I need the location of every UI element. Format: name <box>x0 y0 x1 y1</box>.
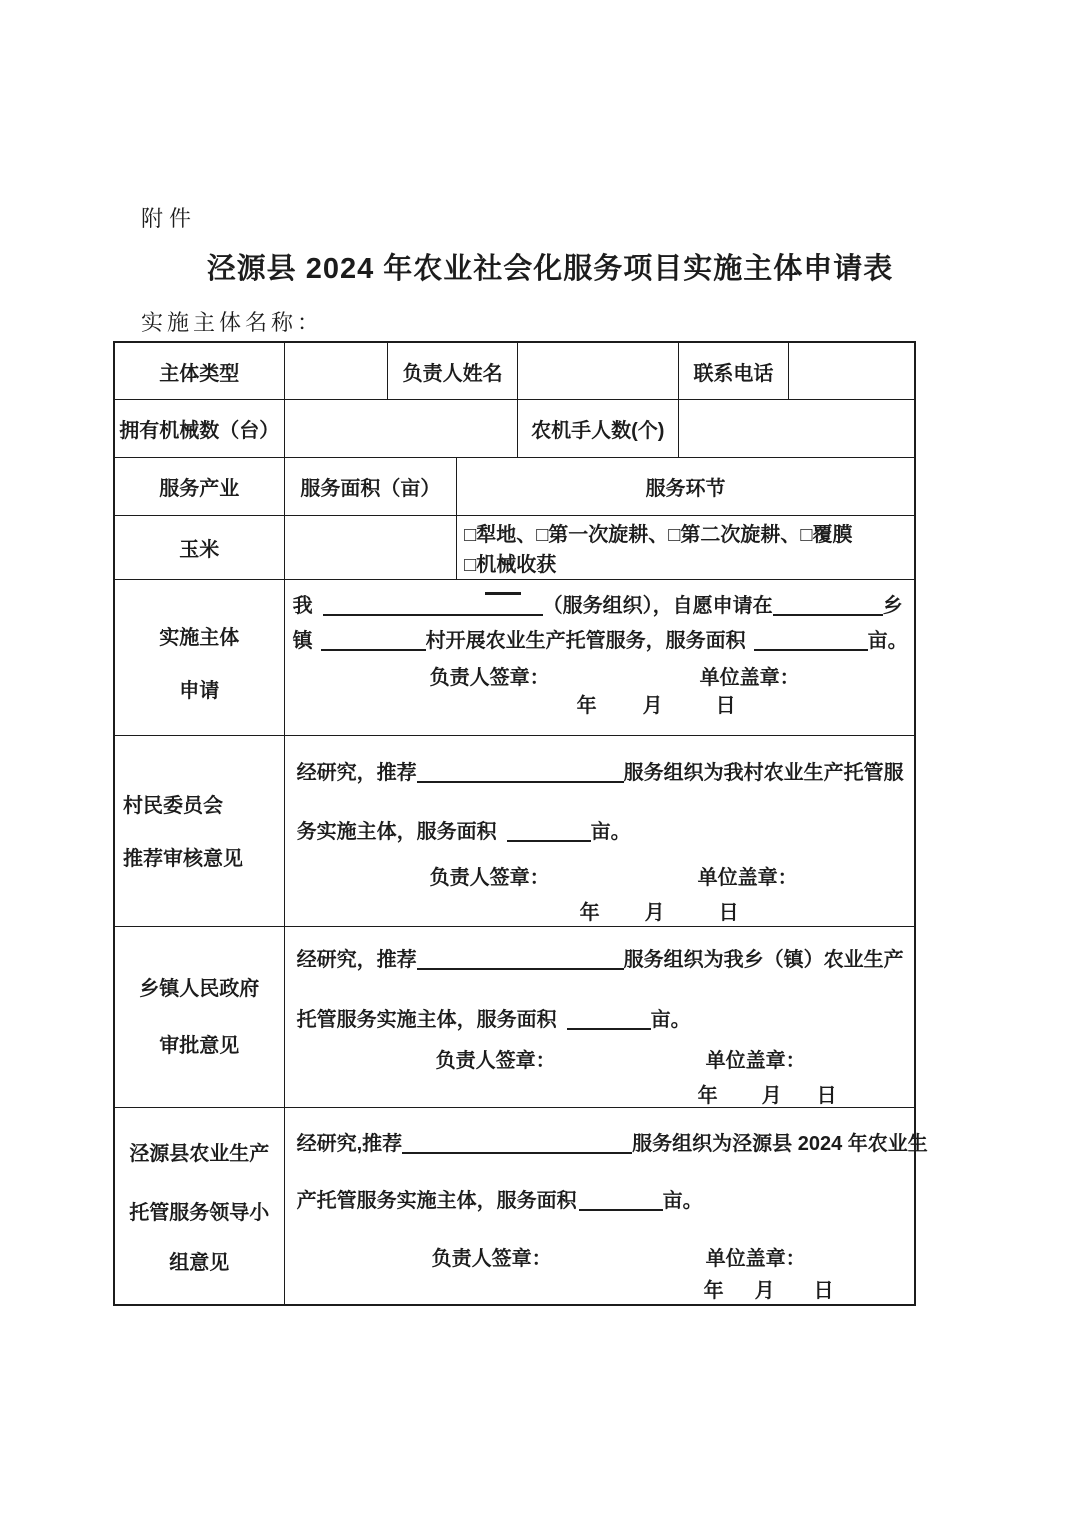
subject-name-label: 实施主体名称： <box>141 306 323 337</box>
service-industry-label: 服务产业 <box>115 458 284 515</box>
blank-underline <box>321 631 426 651</box>
blank-underline <box>507 822 591 842</box>
seal-label: 单位盖章： <box>700 665 800 691</box>
village-label-line2: 推荐审核意见 <box>115 846 284 872</box>
blank-underline <box>323 596 543 616</box>
machine-count-label: 拥有机械数（台） <box>115 400 284 457</box>
document-page: 附件 泾源县 2024 年农业社会化服务项目实施主体申请表 实施主体名称： 主体… <box>0 0 1074 1520</box>
blank-underline <box>402 1134 632 1154</box>
village-content-cell: 经研究，推荐服务组织为我村农业生产托管服 务实施主体，服务面积亩。 负责人签章：… <box>284 736 914 926</box>
date-day-label: 日 <box>719 900 739 926</box>
date-month-label: 月 <box>762 1083 782 1109</box>
text-segment: 亩。 <box>591 821 631 843</box>
crop-name: 玉米 <box>115 516 284 579</box>
township-text-line1: 经研究，推荐服务组织为我乡（镇）农业生产 <box>297 947 904 973</box>
application-label-line2: 申请 <box>115 678 284 704</box>
text-segment: 经研究，推荐 <box>297 949 417 971</box>
text-segment: 托管服务实施主体，服务面积 <box>297 1009 557 1031</box>
date-year-label: 年 <box>698 1083 718 1109</box>
row-service-header: 服务产业 服务面积（亩） 服务环节 <box>115 457 914 515</box>
county-label-cell: 泾源县农业生产 托管服务领导小 组意见 <box>115 1108 284 1304</box>
date-day-label: 日 <box>817 1083 837 1109</box>
township-label-line1: 乡镇人民政府 <box>115 976 284 1002</box>
date-month-label: 月 <box>645 900 665 926</box>
signer-label: 负责人签章： <box>432 1246 552 1272</box>
application-form-table: 主体类型 负责人姓名 联系电话 拥有机械数（台） 农机手人数(个) 服务产业 服… <box>113 341 916 1306</box>
date-day-label: 日 <box>716 693 736 719</box>
text-segment: 亩。 <box>651 1009 691 1031</box>
signer-label: 负责人签章： <box>436 1048 556 1074</box>
application-label-cell: 实施主体 申请 <box>115 580 284 735</box>
text-segment: 亩。 <box>663 1190 703 1212</box>
service-links-label: 服务环节 <box>456 458 914 515</box>
application-label-line1: 实施主体 <box>115 625 284 651</box>
text-segment: 我 <box>293 595 313 617</box>
county-content-cell: 经研究,推荐服务组织为泾源县 2024 年农业生 产托管服务实施主体，服务面积亩… <box>284 1108 914 1304</box>
phone-label: 联系电话 <box>678 343 789 399</box>
blank-underline <box>417 950 624 970</box>
text-segment: 经研究,推荐 <box>297 1133 403 1155</box>
blank-underline <box>754 631 868 651</box>
application-text-line2: 镇村开展农业生产托管服务，服务面积亩。 <box>293 628 908 654</box>
service-area-label: 服务面积（亩） <box>284 458 457 515</box>
service-links-options: □犁地、□第一次旋耕、□第二次旋耕、□覆膜 □机械收获 <box>456 516 914 579</box>
date-year-label: 年 <box>704 1278 724 1304</box>
date-month-label: 月 <box>755 1278 775 1304</box>
blank-underline <box>773 596 883 616</box>
village-label-cell: 村民委员会 推荐审核意见 <box>115 736 284 926</box>
date-year-label: 年 <box>580 900 600 926</box>
township-content-cell: 经研究，推荐服务组织为我乡（镇）农业生产 托管服务实施主体，服务面积亩。 负责人… <box>284 927 914 1107</box>
row-township-government: 乡镇人民政府 审批意见 经研究，推荐服务组织为我乡（镇）农业生产 托管服务实施主… <box>115 926 914 1107</box>
county-text-line1: 经研究,推荐服务组织为泾源县 2024 年农业生 <box>297 1131 928 1157</box>
text-segment: （服务组织），自愿申请在 <box>543 595 773 617</box>
date-year-label: 年 <box>577 693 597 719</box>
blank-underline <box>579 1191 663 1211</box>
village-label-line1: 村民委员会 <box>115 793 284 819</box>
date-day-label: 日 <box>814 1278 834 1304</box>
row-machinery: 拥有机械数（台） 农机手人数(个) <box>115 399 914 457</box>
signer-label: 负责人签章： <box>430 665 550 691</box>
row-application: 实施主体 申请 我（服务组织），自愿申请在乡 镇村开展农业生产托管服务，服务面积… <box>115 579 914 735</box>
county-label-line3: 组意见 <box>115 1250 284 1276</box>
operator-count-label: 农机手人数(个) <box>517 400 678 457</box>
leader-name-label: 负责人姓名 <box>387 343 517 399</box>
county-text-line2: 产托管服务实施主体，服务面积亩。 <box>297 1188 703 1214</box>
text-segment: 经研究，推荐 <box>297 762 417 784</box>
text-segment: 服务组织为我村农业生产托管服 <box>624 762 904 784</box>
township-label-cell: 乡镇人民政府 审批意见 <box>115 927 284 1107</box>
leader-name-value-cell <box>517 343 678 399</box>
seal-label: 单位盖章： <box>706 1048 806 1074</box>
township-text-line2: 托管服务实施主体，服务面积亩。 <box>297 1007 691 1033</box>
attachment-label: 附件 <box>141 202 197 233</box>
text-segment: 务实施主体，服务面积 <box>297 821 497 843</box>
row-basic-identity: 主体类型 负责人姓名 联系电话 <box>115 343 914 399</box>
village-text-line2: 务实施主体，服务面积亩。 <box>297 819 631 845</box>
seal-label: 单位盖章： <box>706 1246 806 1272</box>
subject-type-value-cell <box>284 343 388 399</box>
blank-underline <box>417 763 624 783</box>
date-month-label: 月 <box>643 693 663 719</box>
text-segment: 亩。 <box>868 630 908 652</box>
phone-value-cell <box>788 343 914 399</box>
blank-underline <box>567 1010 651 1030</box>
text-segment: 服务组织为我乡（镇）农业生产 <box>624 949 904 971</box>
service-links-line1: □犁地、□第一次旋耕、□第二次旋耕、□覆膜 <box>464 520 914 550</box>
text-segment: 产托管服务实施主体，服务面积 <box>297 1190 577 1212</box>
application-content-cell: 我（服务组织），自愿申请在乡 镇村开展农业生产托管服务，服务面积亩。 负责人签章… <box>284 580 914 735</box>
machine-count-value-cell <box>284 400 517 457</box>
county-label-line2: 托管服务领导小 <box>115 1200 284 1226</box>
row-corn: 玉米 □犁地、□第一次旋耕、□第二次旋耕、□覆膜 □机械收获 <box>115 515 914 579</box>
page-title: 泾源县 2024 年农业社会化服务项目实施主体申请表 <box>104 250 996 288</box>
village-text-line1: 经研究，推荐服务组织为我村农业生产托管服 <box>297 760 904 786</box>
signer-label: 负责人签章： <box>430 865 550 891</box>
subject-type-label: 主体类型 <box>115 343 284 399</box>
text-segment: 村开展农业生产托管服务，服务面积 <box>426 630 746 652</box>
county-label-line1: 泾源县农业生产 <box>115 1141 284 1167</box>
row-village-committee: 村民委员会 推荐审核意见 经研究，推荐服务组织为我村农业生产托管服 务实施主体，… <box>115 735 914 926</box>
crop-area-value-cell <box>284 516 457 579</box>
text-segment: 镇 <box>293 630 313 652</box>
seal-label: 单位盖章： <box>698 865 798 891</box>
township-label-line2: 审批意见 <box>115 1033 284 1059</box>
text-segment: 乡 <box>883 595 903 617</box>
operator-count-value-cell <box>678 400 914 457</box>
service-links-line2: □机械收获 <box>464 550 914 580</box>
application-text-line1: 我（服务组织），自愿申请在乡 <box>293 593 903 619</box>
row-county-leading-group: 泾源县农业生产 托管服务领导小 组意见 经研究,推荐服务组织为泾源县 2024 … <box>115 1107 914 1304</box>
text-segment: 服务组织为泾源县 2024 年农业生 <box>632 1133 928 1155</box>
